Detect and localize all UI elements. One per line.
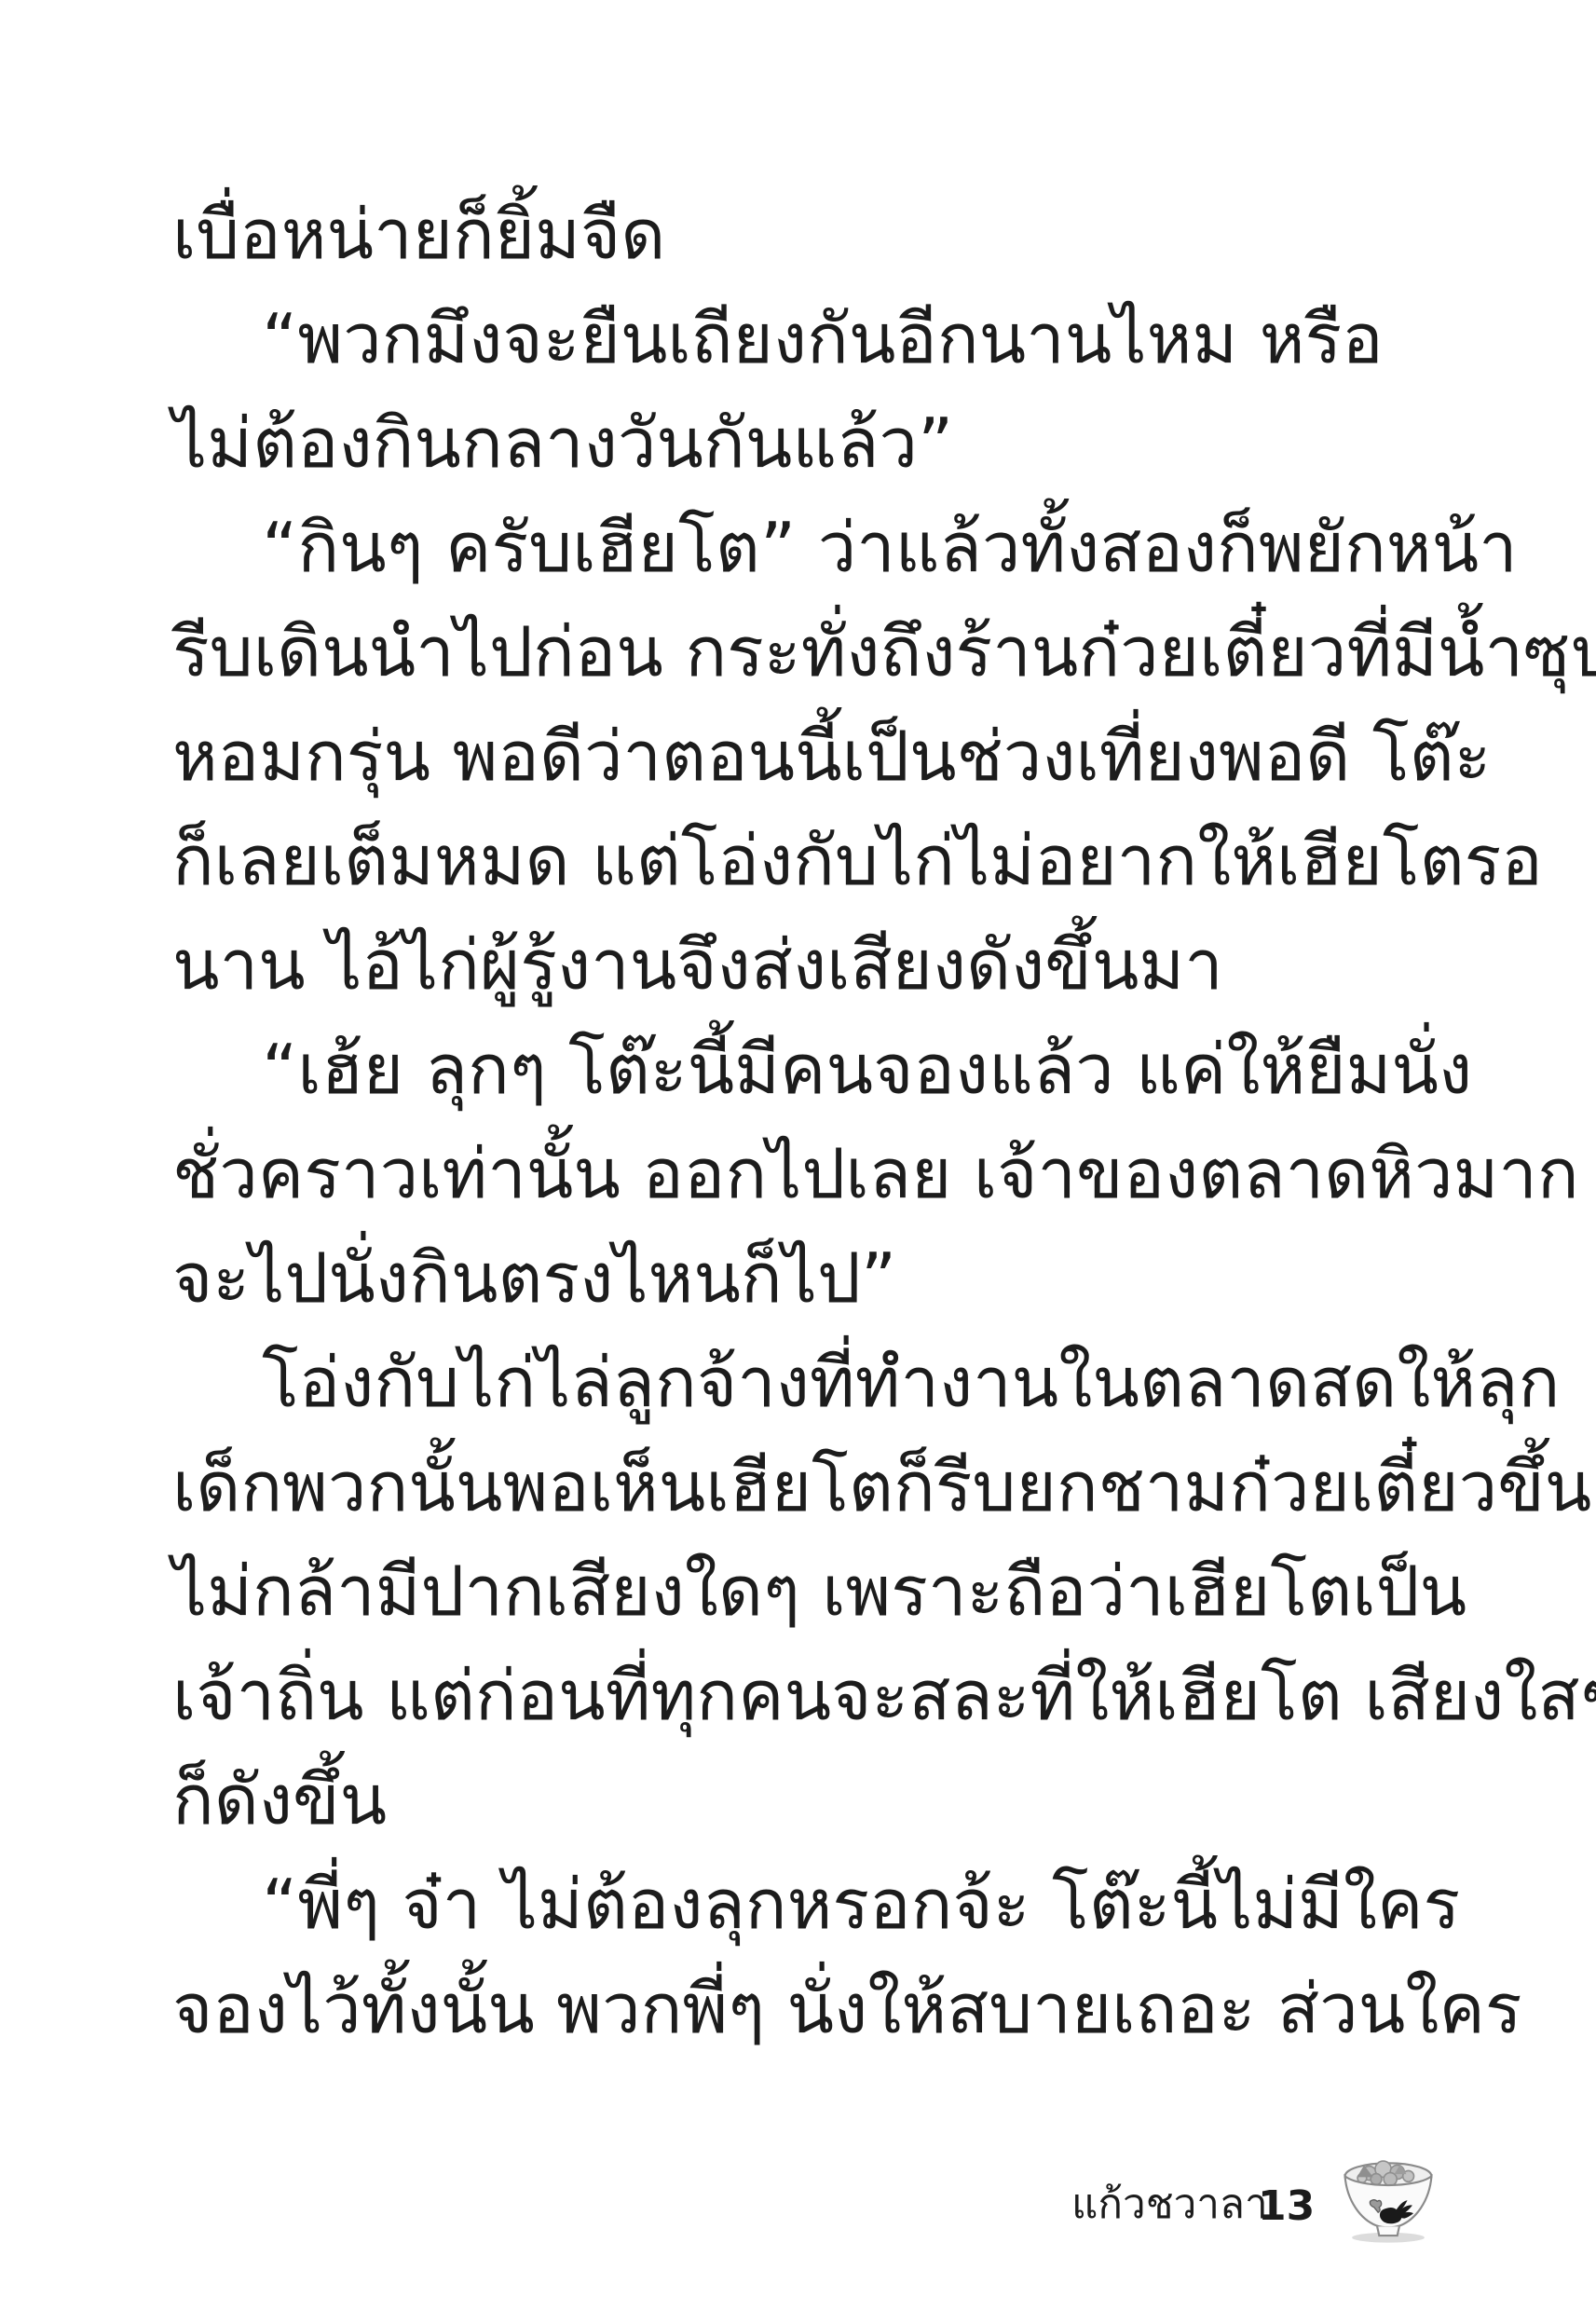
- text-line: เบื่อหน่ายก็ยิ้มจืด: [172, 183, 1469, 287]
- text-line: “กินๆ ครับเฮียโต” ว่าแล้วทั้งสองก็พยักหน…: [172, 496, 1469, 600]
- running-footer-title: แก้วชวาลา: [1071, 2177, 1268, 2233]
- book-page: เบื่อหน่ายก็ยิ้มจืด“พวกมึงจะยืนเถียงกันอ…: [0, 0, 1596, 2311]
- text-line: “พี่ๆ จ๋า ไม่ต้องลุกหรอกจ้ะ โต๊ะนี้ไม่มี…: [172, 1853, 1469, 1957]
- text-line: จองไว้ทั้งนั้น พวกพี่ๆ นั่งให้สบายเถอะ ส…: [172, 1957, 1469, 2061]
- page-number: 13: [1258, 2179, 1315, 2235]
- text-line: โอ่งกับไก่ไล่ลูกจ้างที่ทำงานในตลาดสดให้ล…: [172, 1331, 1469, 1435]
- text-line: ไม่ต้องกินกลางวันกันแล้ว”: [172, 391, 1469, 496]
- text-line: เด็กพวกนั้นพอเห็นเฮียโตก็รีบยกชามก๋วยเตี…: [172, 1435, 1469, 1539]
- text-line: เจ้าถิ่น แต่ก่อนที่ทุกคนจะสละที่ให้เฮียโ…: [172, 1644, 1469, 1748]
- text-line: “พวกมึงจะยืนเถียงกันอีกนานไหม หรือ: [172, 287, 1469, 391]
- text-line: รีบเดินนำไปก่อน กระทั่งถึงร้านก๋วยเตี๋ยว…: [172, 600, 1469, 704]
- text-line: ชั่วคราวเท่านั้น ออกไปเลย เจ้าของตลาดหิว…: [172, 1122, 1469, 1226]
- noodle-bowl-icon: [1338, 2151, 1439, 2244]
- text-line: นาน ไอ้ไก่ผู้รู้งานจึงส่งเสียงดังขึ้นมา: [172, 913, 1469, 1018]
- text-line: หอมกรุ่น พอดีว่าตอนนี้เป็นช่วงเที่ยงพอดี…: [172, 704, 1469, 809]
- text-body: เบื่อหน่ายก็ยิ้มจืด“พวกมึงจะยืนเถียงกันอ…: [172, 183, 1469, 2061]
- text-line: ก็ดังขึ้น: [172, 1748, 1469, 1853]
- text-line: ไม่กล้ามีปากเสียงใดๆ เพราะถือว่าเฮียโตเป…: [172, 1539, 1469, 1644]
- text-line: ก็เลยเต็มหมด แต่โอ่งกับไก่ไม่อยากให้เฮีย…: [172, 809, 1469, 913]
- text-line: จะไปนั่งกินตรงไหนก็ไป”: [172, 1226, 1469, 1331]
- text-line: “เฮ้ย ลุกๆ โต๊ะนี้มีคนจองแล้ว แค่ให้ยืมน…: [172, 1018, 1469, 1122]
